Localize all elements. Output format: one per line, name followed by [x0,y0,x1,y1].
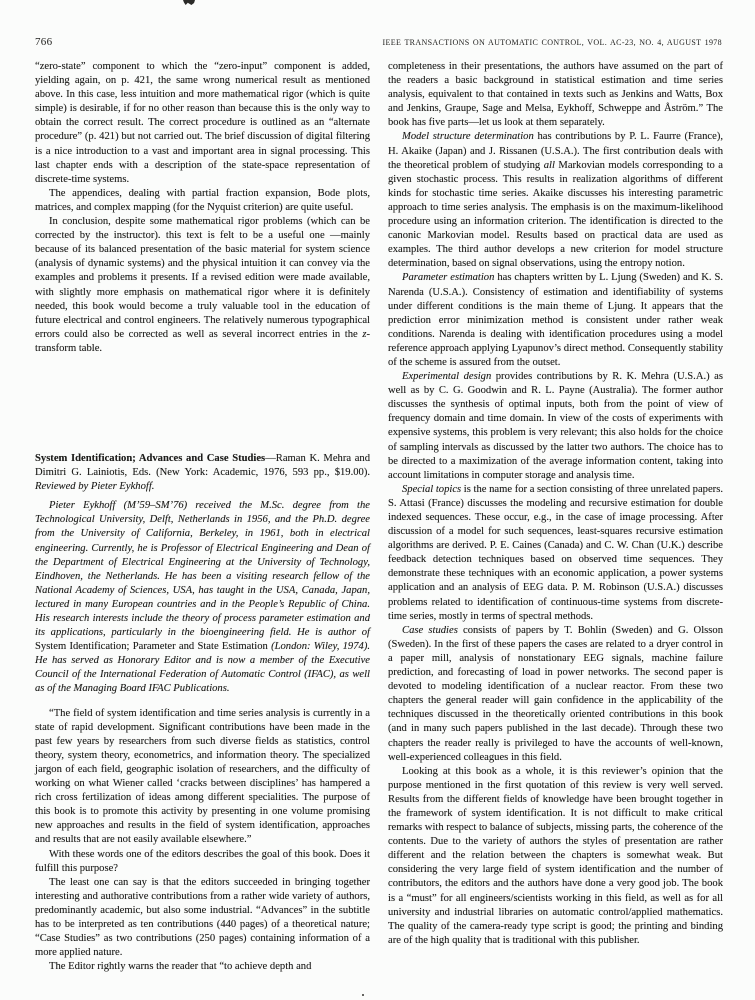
journal-header: IEEE TRANSACTIONS ON AUTOMATIC CONTROL, … [383,38,722,47]
left-column: “zero-state” component to which the “zer… [35,60,370,974]
text-run: is the name for a section consisting of … [388,484,723,622]
text-run: provides contributions by R. K. Mehra (U… [388,371,723,481]
text-run: consists of papers by T. Bohlin (Sweden)… [388,625,723,763]
text-run: Case studies [402,625,458,636]
scan-smudge-artifact [183,0,195,5]
paragraph: Model structure determination has contri… [388,130,723,271]
text-run: Special topics [402,484,461,495]
journal-page: 766 IEEE TRANSACTIONS ON AUTOMATIC CONTR… [0,0,755,1000]
paragraph: In conclusion, despite some mathematical… [35,215,370,356]
paragraph: Looking at this book as a whole, it is t… [388,765,723,948]
paragraph: The Editor rightly warns the reader that… [35,960,370,974]
paragraph: “The field of system identification and … [35,707,370,848]
paragraph: System Identification; Advances and Case… [35,452,370,494]
paragraph: Special topics is the name for a section… [388,483,723,624]
scan-dot-artifact [362,994,364,996]
text-run: The appendices, dealing with partial fra… [35,188,370,213]
text-run: System Identification; Advances and Case… [35,453,265,464]
text-run: Looking at this book as a whole, it is t… [388,766,723,946]
paragraph: The least one can say is that the editor… [35,876,370,961]
text-run: has chapters written by L. Ljung (Sweden… [388,272,723,368]
text-run: Model structure determination [402,131,534,142]
running-head: 766 IEEE TRANSACTIONS ON AUTOMATIC CONTR… [35,36,722,48]
text-run: Parameter estimation [402,272,494,283]
paragraph: Parameter estimation has chapters writte… [388,271,723,370]
two-column-body: “zero-state” component to which the “zer… [35,60,723,974]
text-run: In conclusion, despite some mathematical… [35,216,370,340]
right-column: completeness in their presentations, the… [388,60,723,974]
paragraph: With these words one of the editors desc… [35,848,370,876]
text-run: Markovian models corresponding to a give… [388,160,723,270]
page-number: 766 [35,36,52,48]
text-run: System Identification; Parameter and Sta… [35,641,268,652]
text-run: all [544,160,555,171]
text-run: Reviewed by Pieter Eykhoff. [35,481,154,492]
text-run: Pieter Eykhoff (M’59–SM’76) received the… [35,500,370,638]
text-run: Experimental design [402,371,491,382]
paragraph: “zero-state” component to which the “zer… [35,60,370,187]
paragraph: completeness in their presentations, the… [388,60,723,130]
text-run: completeness in their presentations, the… [388,61,723,128]
paragraph: Experimental design provides contributio… [388,370,723,483]
paragraph: The appendices, dealing with partial fra… [35,187,370,215]
paragraph: Pieter Eykhoff (M’59–SM’76) received the… [35,499,370,696]
text-run: The Editor rightly warns the reader that… [49,961,311,972]
text-run: The least one can say is that the editor… [35,877,370,958]
text-run: “zero-state” component to which the “zer… [35,61,370,185]
text-run: “The field of system identification and … [35,708,370,846]
paragraph: Case studies consists of papers by T. Bo… [388,624,723,765]
text-run: With these words one of the editors desc… [35,849,370,874]
